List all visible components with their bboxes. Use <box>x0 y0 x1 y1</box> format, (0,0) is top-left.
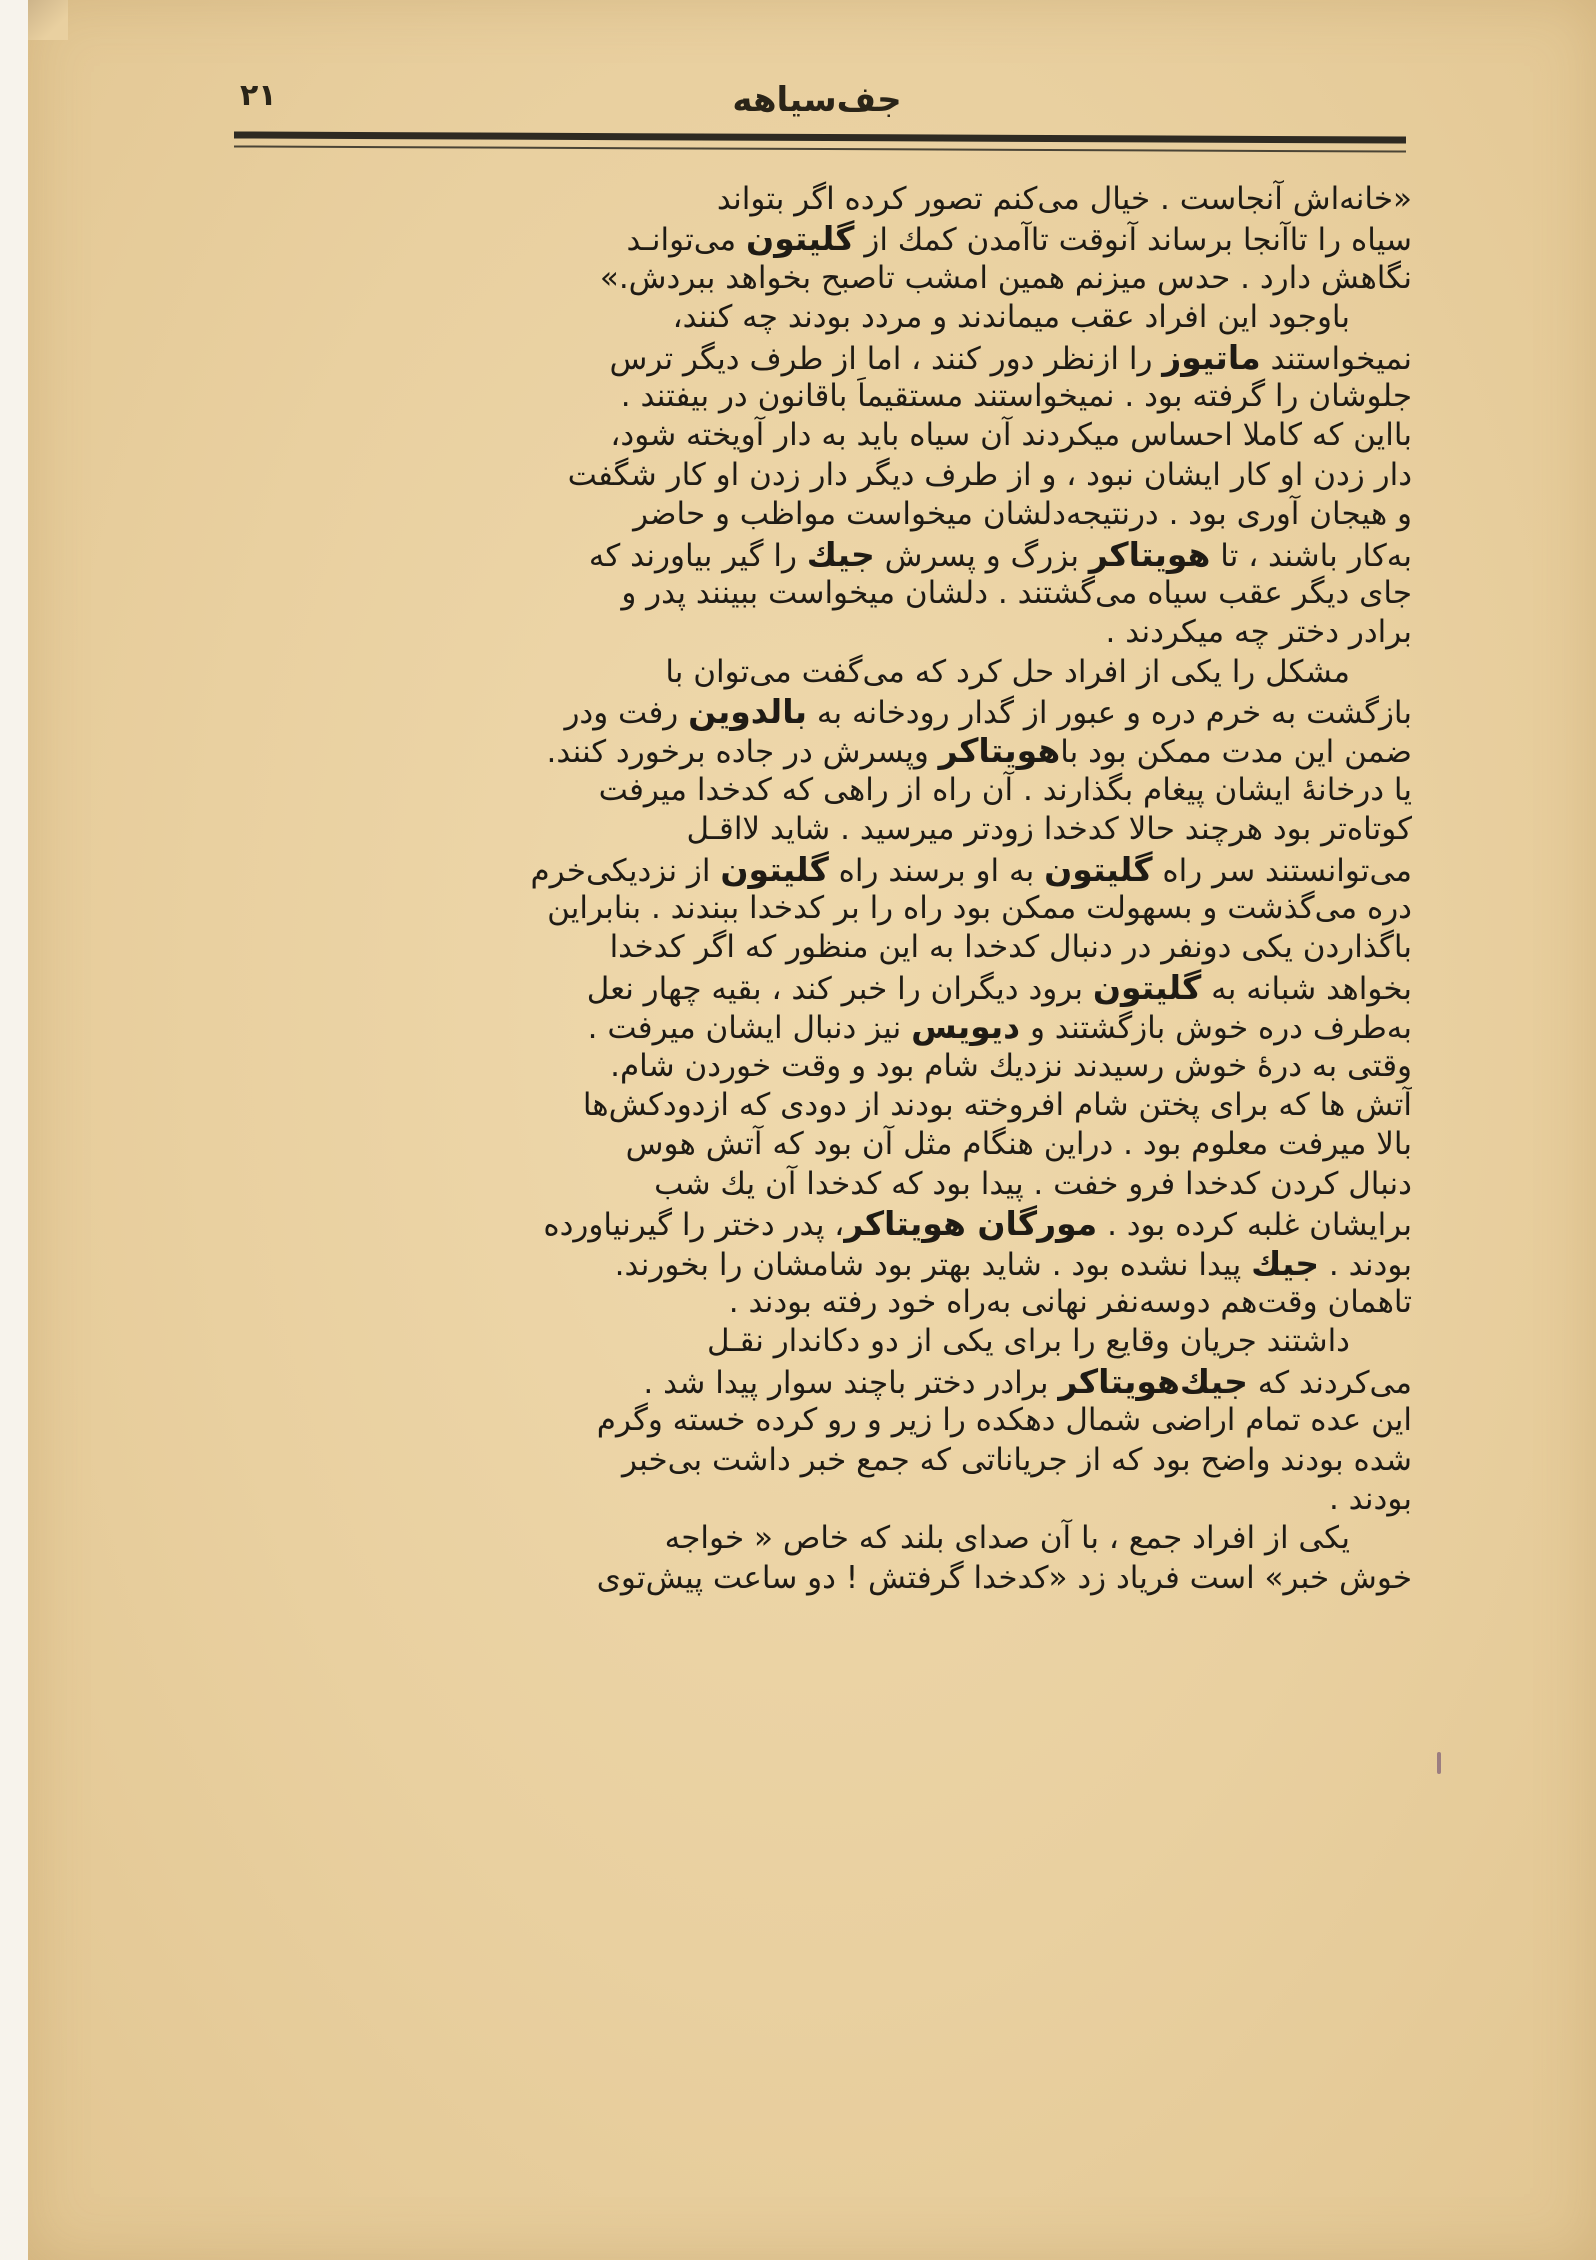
running-title: جف‌سیاهه <box>222 80 1412 120</box>
paragraph: داشتند جریان وقایع را برای یکی از دو دکا… <box>226 1322 1412 1519</box>
character-name: گلیتون <box>1093 968 1201 1007</box>
text-line: این عده تمام اراضی شمال دهکده را زیر و ر… <box>226 1401 1412 1440</box>
character-name: گلیتون <box>746 219 854 258</box>
text-line: کوتاه‌تر بود هرچند حالا کدخدا زودتر میرس… <box>226 810 1412 849</box>
text-line: آتش ها که برای پختن شام افروخته بودند از… <box>226 1086 1412 1125</box>
text-line: بالا میرفت معلوم بود . دراین هنگام مثل آ… <box>226 1125 1412 1164</box>
character-name: هویتاکر <box>1089 535 1211 574</box>
character-name: ماتیوز <box>1162 338 1260 377</box>
text-line: سیاه را تاآنجا برساند آنوقت تاآمدن کمك ا… <box>226 219 1412 258</box>
page-header: ۲۱ جف‌سیاهه <box>222 70 1412 180</box>
body-text: «خانه‌اش آنجاست . خیال می‌کنم تصور کرده … <box>226 180 1412 1598</box>
text-line: می‌توانستند سر راه گلیتون به او برسند را… <box>226 850 1412 889</box>
character-name: مورگان هویتاکر <box>844 1204 1097 1243</box>
character-name: هویتاکر <box>939 731 1061 770</box>
character-name: جیك‌هویتاکر <box>1058 1362 1248 1401</box>
text-line: ضمن این مدت ممکن بود باهویتاکر وپسرش در … <box>226 731 1412 770</box>
text-line: باگذاردن یکی دونفر در دنبال کدخدا به این… <box>226 928 1412 967</box>
paragraph: باوجود این افراد عقب میماندند و مردد بود… <box>226 298 1412 653</box>
header-rule-thin <box>234 145 1406 152</box>
text-line: برادر دختر چه میکردند . <box>226 613 1412 652</box>
paragraph: یکی از افراد جمع ، با آن صدای بلند که خا… <box>226 1519 1412 1598</box>
paragraph: مشکل را یکی از افراد حل کرد که می‌گفت می… <box>226 653 1412 1323</box>
text-line: برایشان غلبه کرده بود . مورگان هویتاکر، … <box>226 1204 1412 1243</box>
text-line: مشکل را یکی از افراد حل کرد که می‌گفت می… <box>226 653 1412 692</box>
text-line: بازگشت به خرم دره و عبور از گدار رودخانه… <box>226 692 1412 731</box>
text-line: بخواهد شبانه به گلیتون برود دیگران را خب… <box>226 968 1412 1007</box>
character-name: گلیتون <box>720 850 828 889</box>
text-line: وقتی به درهٔ خوش رسیدند نزدیك شام بود و … <box>226 1047 1412 1086</box>
text-line: دار زدن او کار ایشان نبود ، و از طرف دیگ… <box>226 456 1412 495</box>
text-line: دنبال کردن کدخدا فرو خفت . پیدا بود که ک… <box>226 1165 1412 1204</box>
header-rule-thick <box>234 131 1406 143</box>
character-name: دیویس <box>911 1007 1020 1046</box>
text-line: یکی از افراد جمع ، با آن صدای بلند که خا… <box>226 1519 1412 1558</box>
text-line: خوش خبر» است فریاد زد «کدخدا گرفتش ! دو … <box>226 1559 1412 1598</box>
text-line: شده بودند واضح بود که از جریاناتی که جمع… <box>226 1441 1412 1480</box>
character-name: جیك <box>807 535 875 574</box>
character-name: جیك <box>1251 1244 1319 1283</box>
text-line: «خانه‌اش آنجاست . خیال می‌کنم تصور کرده … <box>226 180 1412 219</box>
text-line: دره می‌گذشت و بسهولت ممکن بود راه را بر … <box>226 889 1412 928</box>
text-line: نمیخواستند ماتیوز را ازنظر دور کنند ، ام… <box>226 338 1412 377</box>
text-line: داشتند جریان وقایع را برای یکی از دو دکا… <box>226 1322 1412 1361</box>
book-page: ۲۱ جف‌سیاهه «خانه‌اش آنجاست . خیال می‌کن… <box>28 0 1596 2260</box>
text-line: جای دیگر عقب سیاه می‌گشتند . دلشان میخوا… <box>226 574 1412 613</box>
text-line: می‌کردند که جیك‌هویتاکر برادر دختر باچند… <box>226 1362 1412 1401</box>
text-line: نگاهش دارد . حدس میزنم همین امشب تاصبح ب… <box>226 259 1412 298</box>
text-line: باوجود این افراد عقب میماندند و مردد بود… <box>226 298 1412 337</box>
text-line: به‌کار باشند ، تا هویتاکر بزرگ و پسرش جی… <box>226 535 1412 574</box>
text-line: و هیجان آوری بود . درنتیجه‌دلشان میخواست… <box>226 495 1412 534</box>
text-line: جلوشان را گرفته بود . نمیخواستند مستقیما… <box>226 377 1412 416</box>
page-corner-fold <box>28 0 68 40</box>
text-line: بااین که کاملا احساس میکردند آن سیاه بای… <box>226 416 1412 455</box>
text-line: یا درخانهٔ ایشان پیغام بگذارند . آن راه … <box>226 771 1412 810</box>
text-line: تاهمان وقت‌هم دوسه‌نفر نهانی به‌راه خود … <box>226 1283 1412 1322</box>
margin-pen-mark <box>1437 1752 1441 1774</box>
character-name: گلیتون <box>1044 850 1152 889</box>
character-name: بالدوین <box>688 692 807 731</box>
text-line: بودند . <box>226 1480 1412 1519</box>
paragraph: «خانه‌اش آنجاست . خیال می‌کنم تصور کرده … <box>226 180 1412 298</box>
text-line: بودند . جیك پیدا نشده بود . شاید بهتر بو… <box>226 1244 1412 1283</box>
text-line: به‌طرف دره خوش بازگشتند و دیویس نیز دنبا… <box>226 1007 1412 1046</box>
